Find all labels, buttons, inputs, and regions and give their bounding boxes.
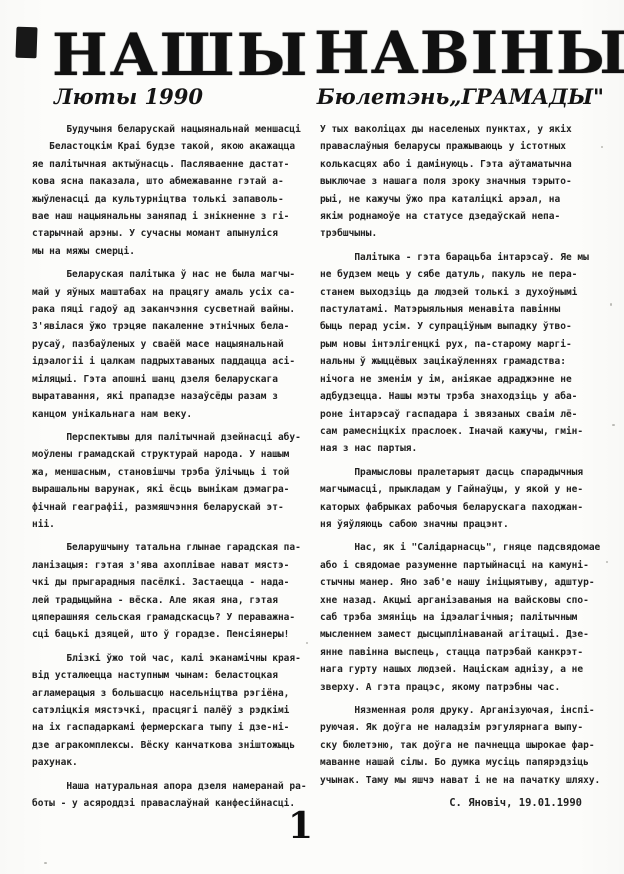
left-text-column: Будучыня беларускай нацыянальнай меншасц… bbox=[32, 121, 324, 818]
noise-speck bbox=[601, 146, 603, 148]
paragraph: Прамысловы пралетарыят дасць спарадычныя… bbox=[320, 464, 612, 534]
noise-speck bbox=[610, 303, 612, 306]
bulletin-name: Бюлетэнь„ГРАМАДЫ" bbox=[317, 84, 604, 109]
noise-speck bbox=[44, 862, 47, 864]
masthead-title-right: НАВІНЫ bbox=[314, 24, 624, 82]
noise-speck bbox=[606, 561, 608, 563]
issue-date: Люты 1990 bbox=[54, 84, 203, 109]
scan-artifact-mark bbox=[15, 27, 37, 59]
paragraph: Нас, як і "Салідарнасць", гняце падсвядо… bbox=[320, 539, 612, 696]
paragraph: Наша натуральная апора дзеля намеранай р… bbox=[32, 778, 324, 813]
right-text-column: У тых ваколіцах ды населеных пунктах, у … bbox=[320, 121, 612, 812]
paragraph: Будучыня беларускай нацыянальнай меншасц… bbox=[32, 121, 324, 260]
scanned-newsletter-page: НАШЫ НАВІНЫ Люты 1990 Бюлетэнь„ГРАМАДЫ" … bbox=[0, 0, 624, 874]
page-number: 1 bbox=[288, 808, 313, 844]
masthead-title-left: НАШЫ bbox=[52, 26, 310, 84]
paragraph: У тых ваколіцах ды населеных пунктах, у … bbox=[320, 121, 612, 243]
paragraph: Палітыка - гэта барацьба інтарэсаў. Яе м… bbox=[320, 249, 612, 458]
paragraph: Блізкі ўжо той час, калі эканамічны края… bbox=[32, 650, 324, 772]
paragraph: Нязменная роля друку. Арганізуючая, інсп… bbox=[320, 702, 612, 789]
noise-speck bbox=[612, 424, 615, 426]
paragraph: Беларуская палітыка ў нас не была магчы-… bbox=[32, 266, 324, 423]
paragraph: Беларушчыну татальна глынае гарадская па… bbox=[32, 539, 324, 643]
noise-speck bbox=[306, 642, 308, 644]
paragraph: Перспектывы для палітычнай дзейнасці абу… bbox=[32, 429, 324, 533]
author-signature: С. Яновіч, 19.01.1990 bbox=[320, 795, 612, 812]
